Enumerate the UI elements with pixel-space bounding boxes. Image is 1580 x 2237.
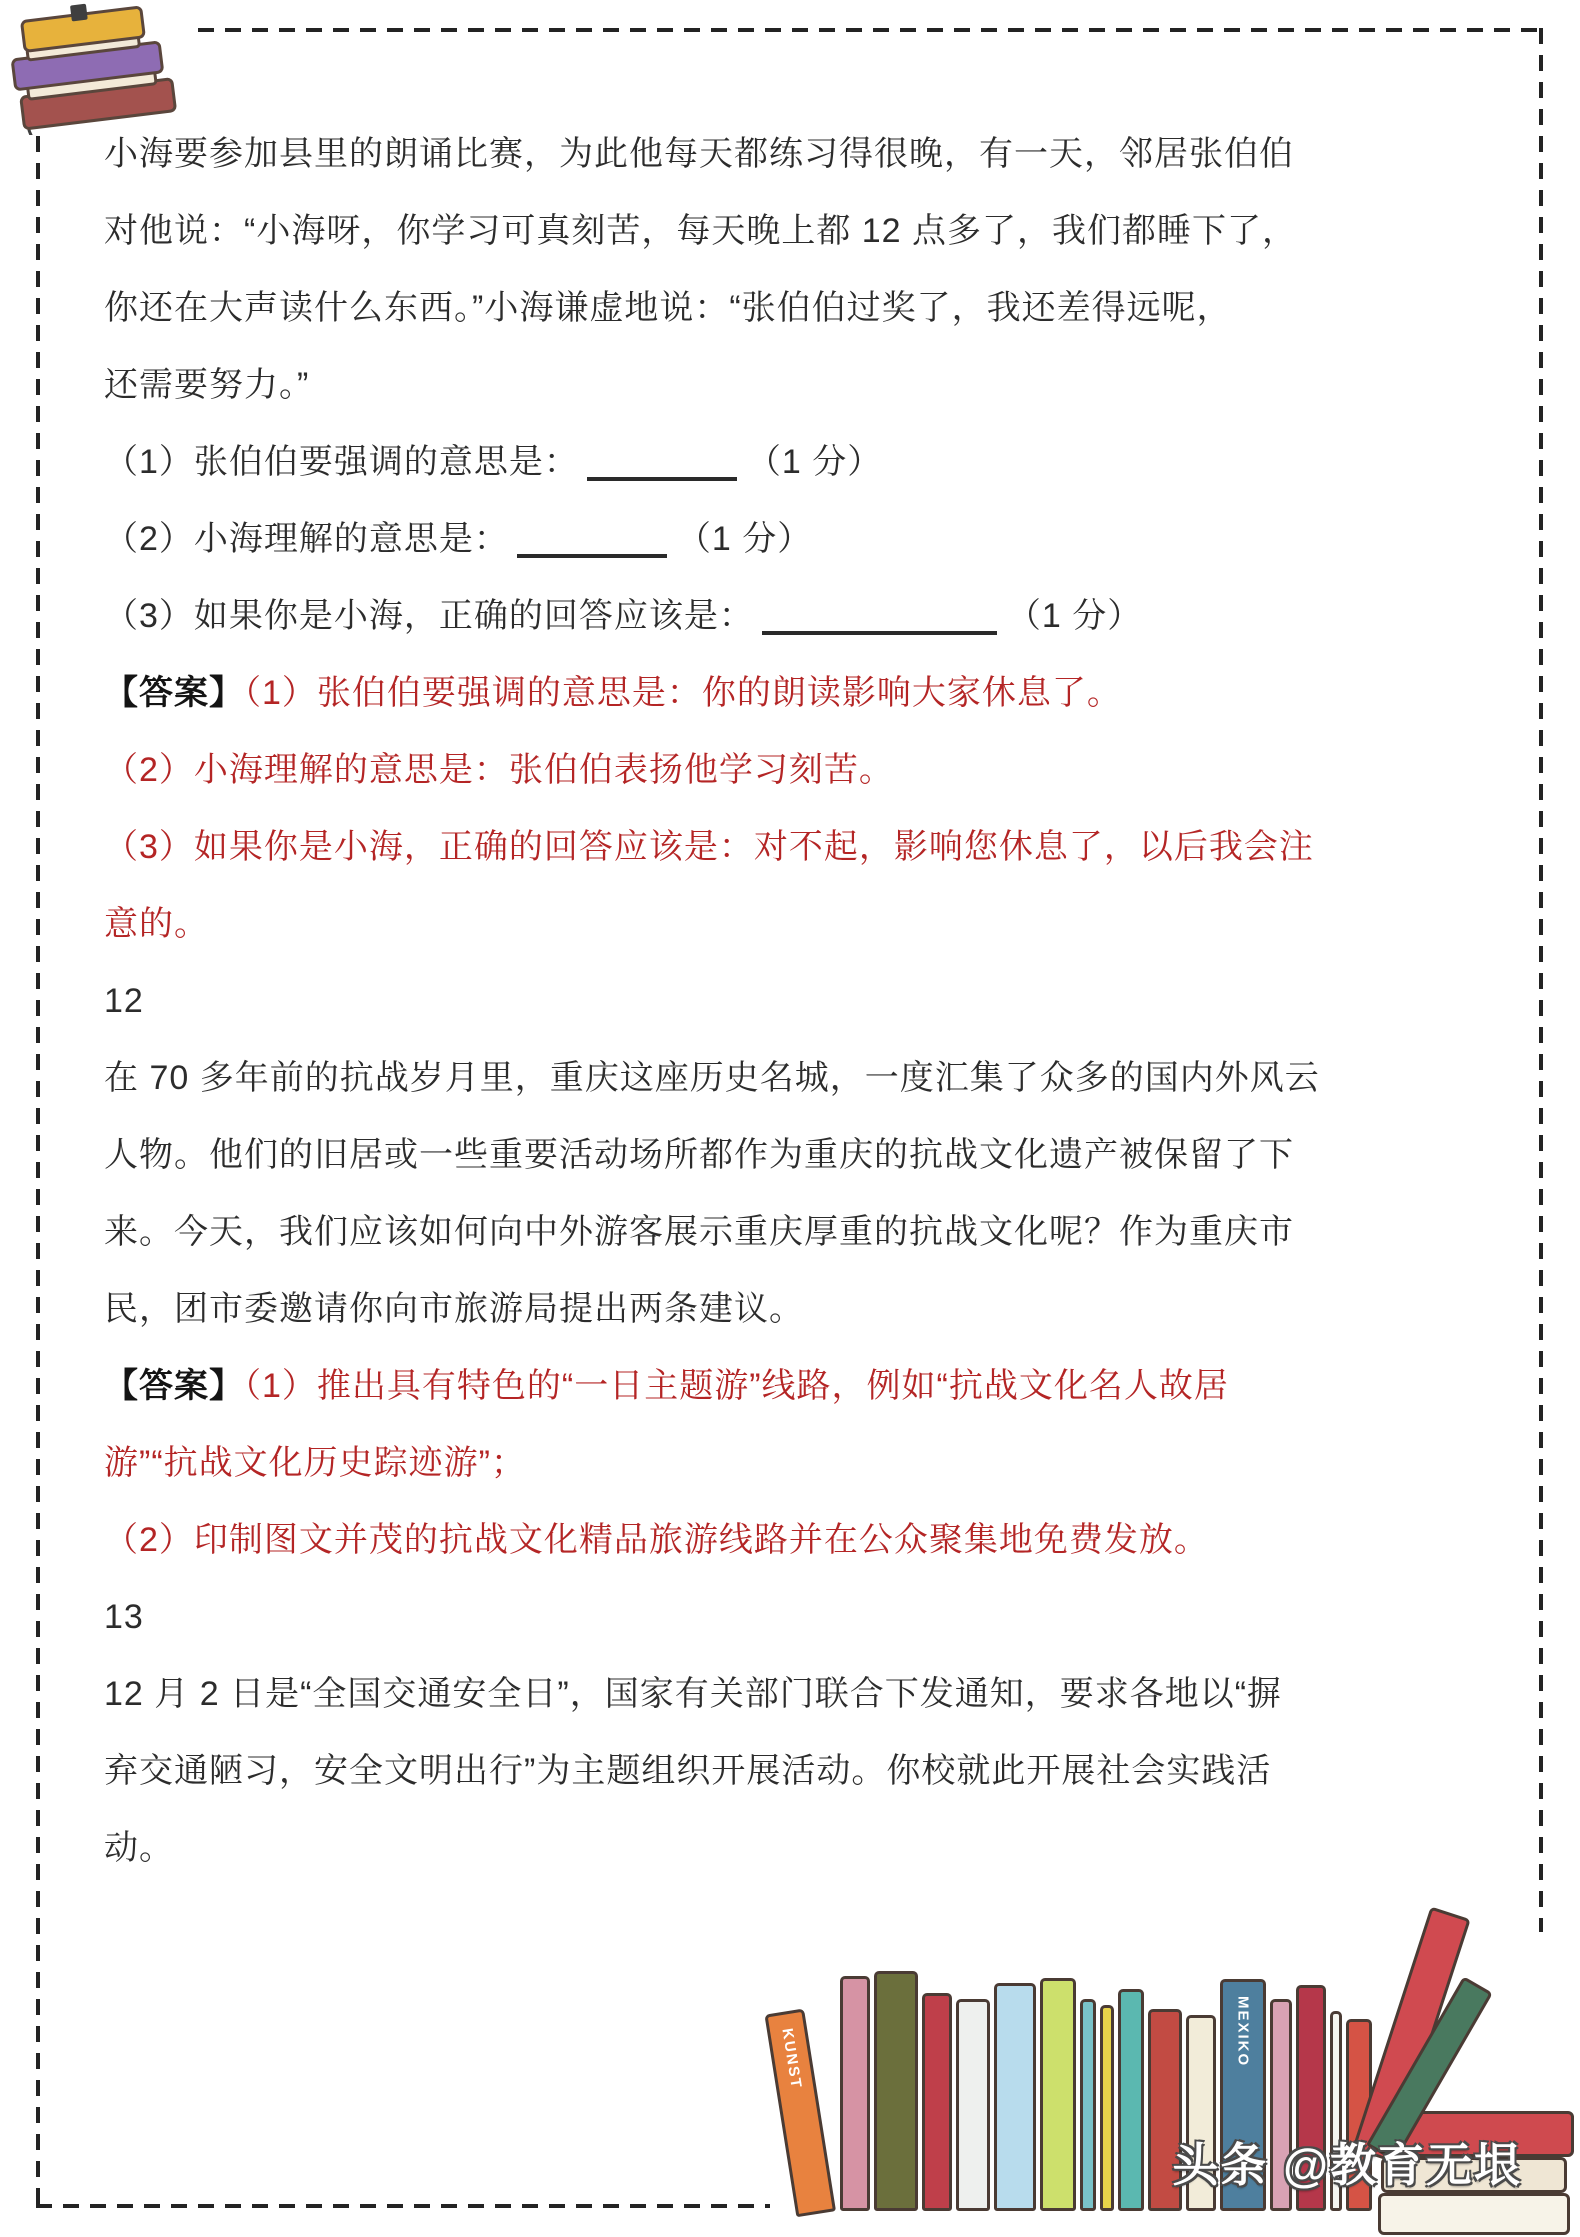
text-segment: 动。 [104,1829,174,1867]
text-segment: 游”“抗战文化历史踪迹游”； [104,1444,526,1482]
flat-book-icon [1378,2193,1570,2235]
text-line: 12 [104,963,1510,1040]
text-line: 【答案】（1）张伯伯要强调的意思是：你的朗读影响大家休息了。 [104,655,1510,732]
text-line: 【答案】（1）推出具有特色的“一日主题游”线路，例如“抗战文化名人故居 [104,1348,1510,1425]
text-line: 民，团市委邀请你向市旅游局提出两条建议。 [104,1271,1510,1348]
text-line: 小海要参加县里的朗诵比赛，为此他每天都练习得很晚，有一天，邻居张伯伯 [104,116,1510,193]
answer-blank [762,601,997,635]
text-line: 对他说：“小海呀，你学习可真刻苦，每天晚上都 12 点多了，我们都睡下了， [104,193,1510,270]
text-segment: 人物。他们的旧居或一些重要活动场所都作为重庆的抗战文化遗产被保留了下 [104,1136,1294,1174]
text-line: 12 月 2 日是“全国交通安全日”，国家有关部门联合下发通知，要求各地以“摒 [104,1656,1510,1733]
text-line: （3）如果你是小海，正确的回答应该是：对不起，影响您休息了，以后我会注 [104,809,1510,886]
text-segment: 12 [104,982,144,1020]
book-spine-icon [1080,1999,1096,2211]
text-segment: 来。今天，我们应该如何向中外游客展示重庆厚重的抗战文化呢？作为重庆市 [104,1213,1294,1251]
text-segment: （2）小海理解的意思是：张伯伯表扬他学习刻苦。 [104,751,894,789]
text-segment: 意的。 [104,905,209,943]
text-segment: （2）印制图文并茂的抗战文化精品旅游线路并在公众聚集地免费发放。 [104,1521,1209,1559]
dashed-border-left [36,28,40,2208]
text-segment: （2）小海理解的意思是： [104,520,509,558]
text-segment: 小海要参加县里的朗诵比赛，为此他每天都练习得很晚，有一天，邻居张伯伯 [104,135,1294,173]
text-line: （3）如果你是小海，正确的回答应该是：（1 分） [104,578,1510,655]
book-spine-icon [1040,1978,1076,2211]
book-spine-label: MEXIKO [1235,1996,1252,2067]
text-segment: （3）如果你是小海，正确的回答应该是： [104,597,754,635]
text-line: 13 [104,1579,1510,1656]
dashed-border-right [1539,28,1543,2208]
page: 小海要参加县里的朗诵比赛，为此他每天都练习得很晚，有一天，邻居张伯伯对他说：“小… [0,0,1580,2237]
text-segment: 在 70 多年前的抗战岁月里，重庆这座历史名城，一度汇集了众多的国内外风云 [104,1059,1320,1097]
text-segment: 13 [104,1598,144,1636]
text-line: 在 70 多年前的抗战岁月里，重庆这座历史名城，一度汇集了众多的国内外风云 [104,1040,1510,1117]
text-segment: （1 分） [747,443,882,481]
text-segment: 你还在大声读什么东西。”小海谦虚地说：“张伯伯过奖了，我还差得远呢， [104,289,1232,327]
dashed-border-top [36,28,1543,32]
answer-blank [517,524,667,558]
text-segment: 【答案】 [104,1367,244,1405]
text-segment: 对他说：“小海呀，你学习可真刻苦，每天晚上都 12 点多了，我们都睡下了， [104,212,1297,250]
book-spine-icon [922,1993,952,2211]
text-segment: 【答案】 [104,674,244,712]
text-line: 意的。 [104,886,1510,963]
text-segment: 弃交通陋习，安全文明出行”为主题组织开展活动。你校就此开展社会实践活 [104,1752,1271,1790]
book-spine-icon [1100,2005,1114,2211]
text-line: 你还在大声读什么东西。”小海谦虚地说：“张伯伯过奖了，我还差得远呢， [104,270,1510,347]
book-spine-icon [956,1999,990,2211]
answer-blank [587,447,737,481]
text-segment: 还需要努力。” [104,366,309,404]
text-line: 动。 [104,1810,1510,1887]
text-segment: （3）如果你是小海，正确的回答应该是：对不起，影响您休息了，以后我会注 [104,828,1314,866]
text-line: 弃交通陋习，安全文明出行”为主题组织开展活动。你校就此开展社会实践活 [104,1733,1510,1810]
text-block: 小海要参加县里的朗诵比赛，为此他每天都练习得很晚，有一天，邻居张伯伯对他说：“小… [104,116,1510,1887]
text-segment: （1 分） [1007,597,1142,635]
text-line: 人物。他们的旧居或一些重要活动场所都作为重庆的抗战文化遗产被保留了下 [104,1117,1510,1194]
text-segment: （1）张伯伯要强调的意思是： [104,443,579,481]
text-segment: （1）张伯伯要强调的意思是：你的朗读影响大家休息了。 [244,674,1122,712]
text-line: 还需要努力。” [104,347,1510,424]
book-spine-icon [874,1971,918,2211]
book-spine-label: KUNST [778,2027,804,2091]
books-stack-illustration [0,0,195,135]
book-spine-icon [1118,1989,1144,2211]
text-line: （2）印制图文并茂的抗战文化精品旅游线路并在公众聚集地免费发放。 [104,1502,1510,1579]
text-line: （2）小海理解的意思是：（1 分） [104,501,1510,578]
text-segment: （1 分） [677,520,812,558]
text-line: （2）小海理解的意思是：张伯伯表扬他学习刻苦。 [104,732,1510,809]
book-spine-icon [840,1976,870,2211]
text-line: （1）张伯伯要强调的意思是：（1 分） [104,424,1510,501]
text-line: 游”“抗战文化历史踪迹游”； [104,1425,1510,1502]
text-segment: 民，团市委邀请你向市旅游局提出两条建议。 [104,1290,804,1328]
watermark: 头条 @教育无垠 [1172,2129,1522,2195]
bookmark-icon [70,4,88,22]
text-segment: （1）推出具有特色的“一日主题游”线路，例如“抗战文化名人故居 [244,1367,1229,1405]
book-spine-icon [994,1983,1036,2211]
book-spine-icon: KUNST [764,2009,836,2218]
text-segment: 12 月 2 日是“全国交通安全日”，国家有关部门联合下发通知，要求各地以“摒 [104,1675,1282,1713]
text-line: 来。今天，我们应该如何向中外游客展示重庆厚重的抗战文化呢？作为重庆市 [104,1194,1510,1271]
